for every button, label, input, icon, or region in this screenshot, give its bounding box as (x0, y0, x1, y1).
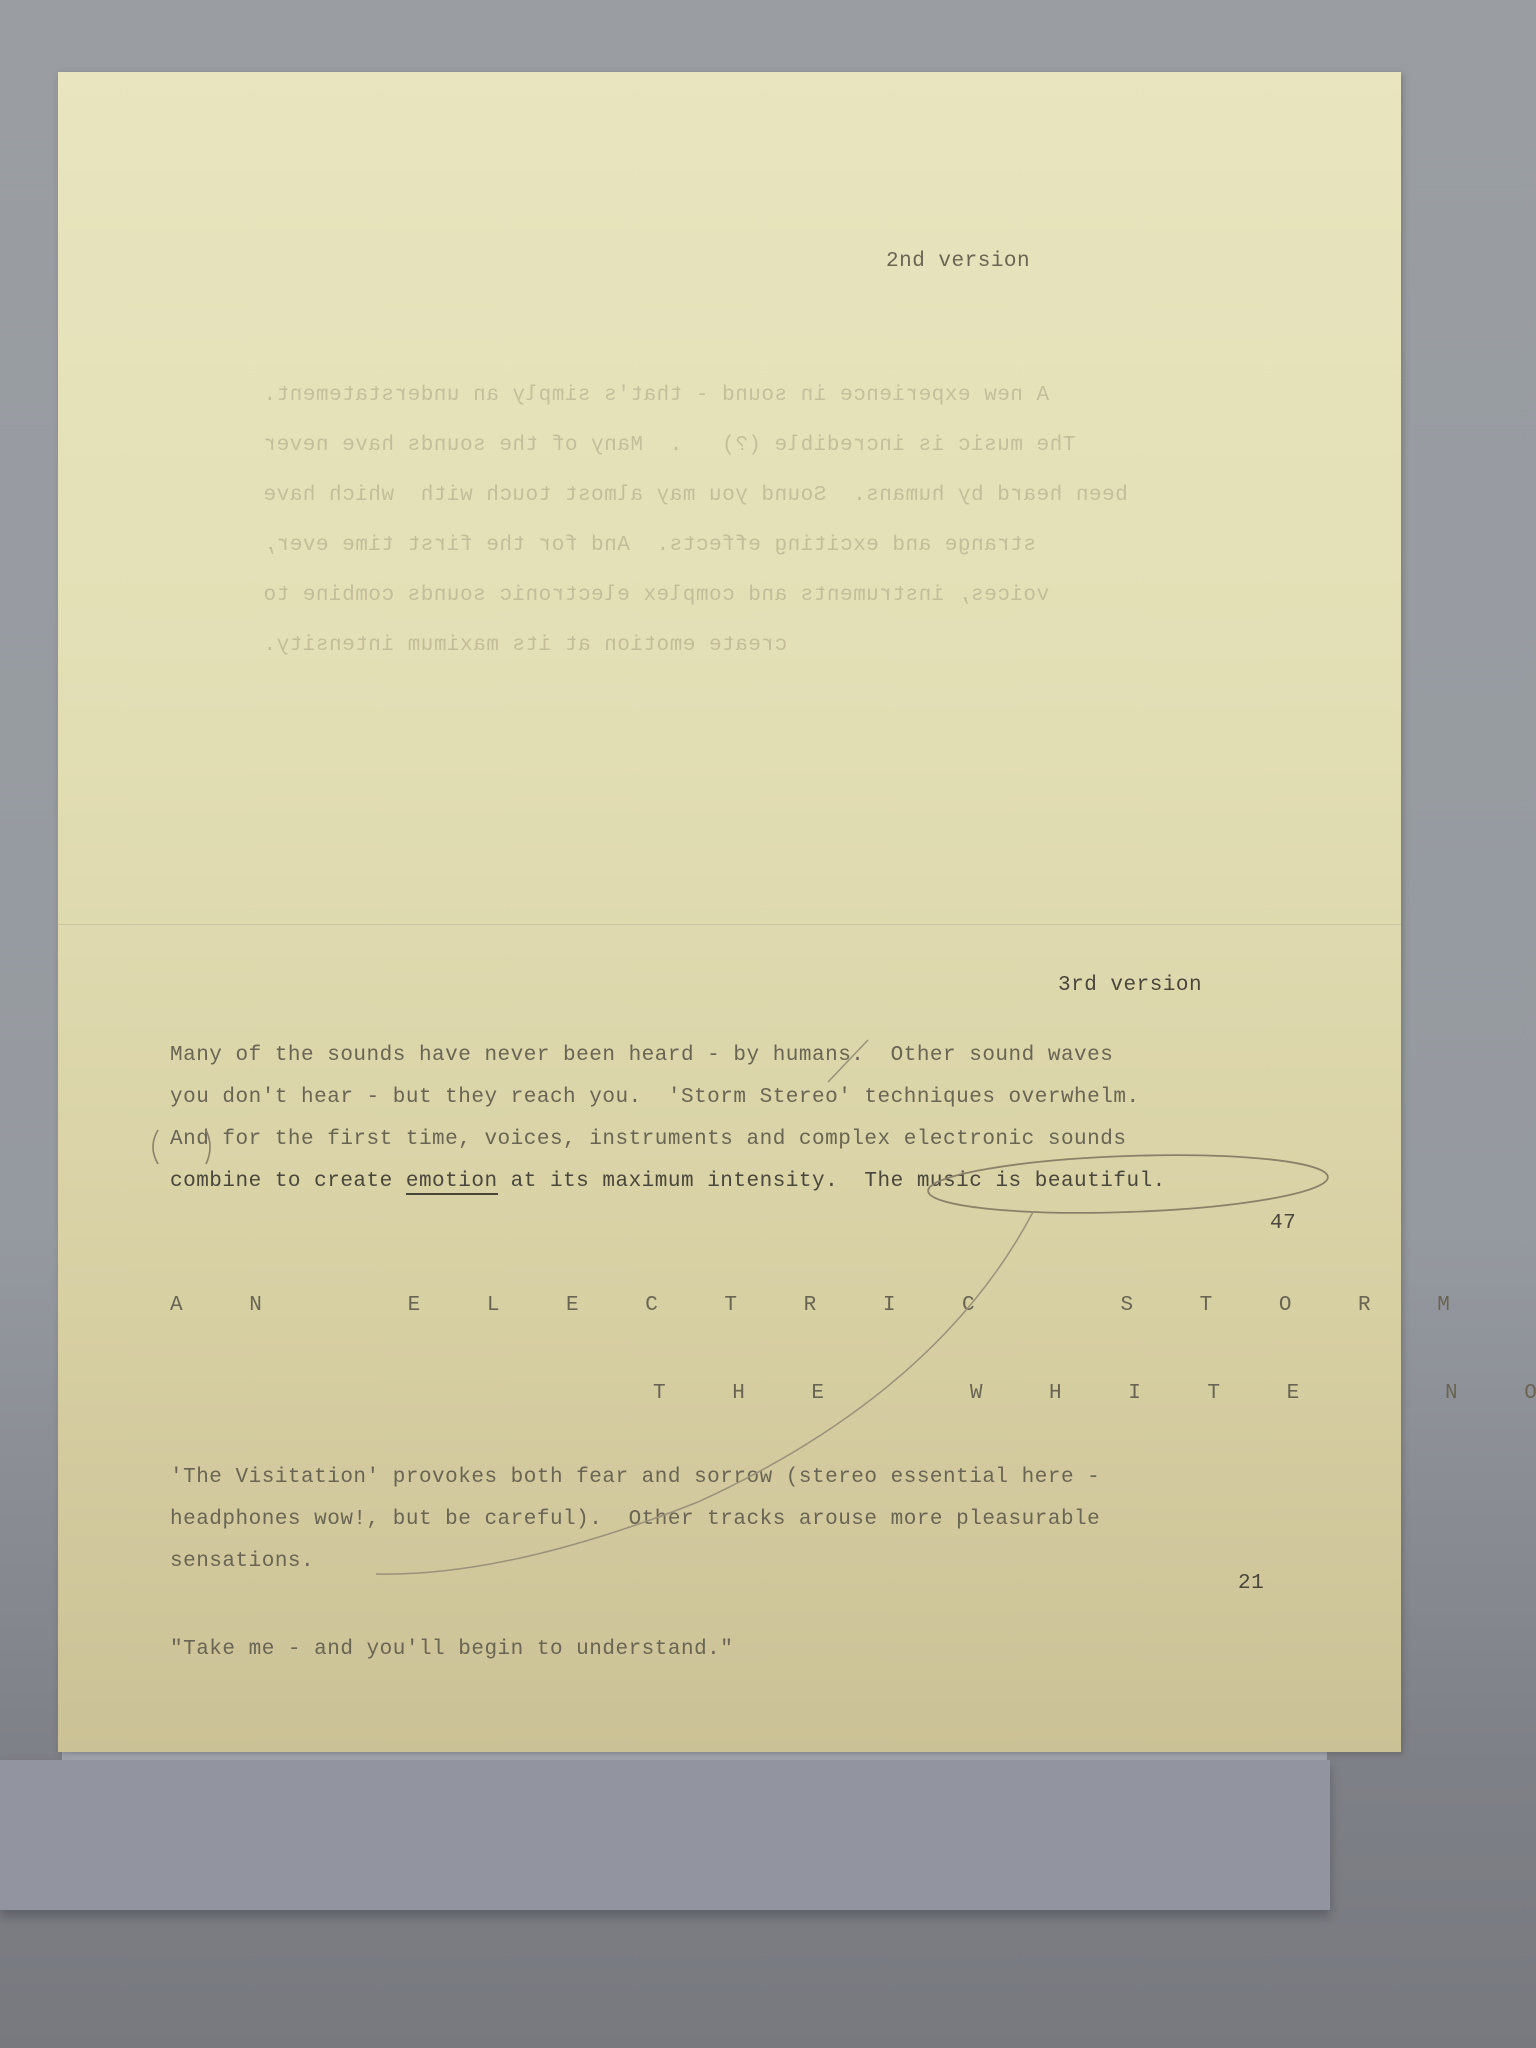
count-21: 21 (1238, 1572, 1264, 1595)
text-line: And for the first time, voices, instrume… (170, 1128, 1126, 1151)
bleed-line: The music is incredible (?) . Many of th… (263, 434, 1193, 457)
text-run: combine to create (170, 1170, 406, 1193)
title-an-electric-storm: A N E L E C T R I C S T O R M (170, 1294, 1477, 1317)
text-line: you don't hear - but they reach you. 'St… (170, 1086, 1140, 1109)
underlying-sheet-edge (0, 1760, 1330, 1910)
bleed-line: A new experience in sound - that's simpl… (263, 384, 1193, 407)
underlined-word-emotion: emotion (406, 1170, 498, 1195)
text-line: combine to create emotion at its maximum… (170, 1170, 1166, 1193)
count-47: 47 (1270, 1212, 1296, 1235)
text-line: headphones wow!, but be careful). Other … (170, 1508, 1100, 1531)
bleed-line: strange and exciting effects. And for th… (263, 534, 1193, 557)
pencil-bracket-left (153, 1130, 158, 1164)
page-fold-line (58, 924, 1401, 926)
typewritten-page: 2nd version A new experience in sound - … (58, 72, 1401, 1752)
closing-quote: "Take me - and you'll begin to understan… (170, 1638, 733, 1661)
text-line: sensations. (170, 1550, 314, 1573)
text-line: Many of the sounds have never been heard… (170, 1044, 1113, 1067)
label-3rd-version: 3rd version (1058, 974, 1202, 997)
circled-sentence: The music is beautiful. (864, 1170, 1165, 1193)
bleed-line: voices, instruments and complex electron… (263, 584, 1193, 607)
pencil-annotations (58, 72, 1401, 1752)
title-the-white-noise: T H E W H I T E N O I S E (653, 1382, 1536, 1405)
text-line: 'The Visitation' provokes both fear and … (170, 1466, 1100, 1489)
label-2nd-version: 2nd version (886, 250, 1030, 273)
bleed-line: create emotion at its maximum intensity. (263, 634, 1193, 657)
text-run: at its maximum intensity. (498, 1170, 865, 1193)
bleed-line: been heard by humans. Sound you may almo… (263, 484, 1193, 507)
